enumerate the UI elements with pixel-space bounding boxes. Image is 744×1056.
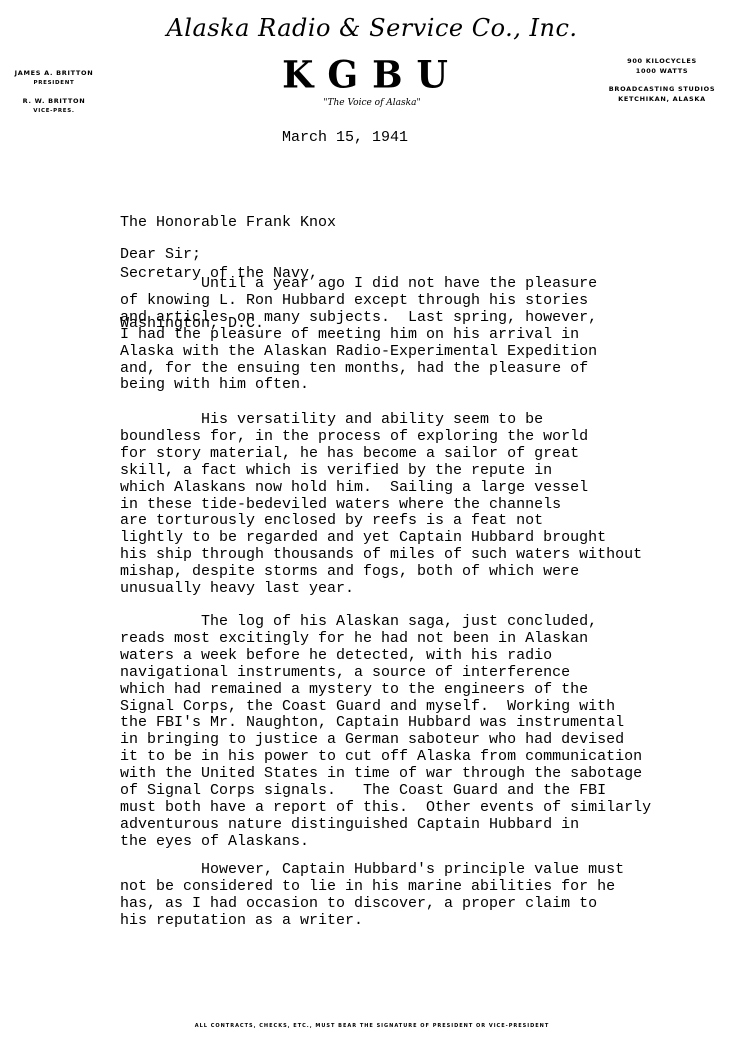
paragraph-line: and articles on many subjects. Last spri… (120, 310, 597, 327)
paragraph-line: waters a week before he detected, with h… (120, 648, 651, 665)
paragraph-line: which Alaskans now hold him. Sailing a l… (120, 480, 642, 497)
paragraph-line: for story material, he has become a sail… (120, 446, 642, 463)
paragraph-line: His versatility and ability seem to be (120, 412, 642, 429)
paragraph-line: it to be in his power to cut off Alaska … (120, 749, 651, 766)
paragraph-line: and, for the ensuing ten months, had the… (120, 361, 597, 378)
paragraph-line: skill, a fact which is verified by the r… (120, 463, 642, 480)
paragraph: However, Captain Hubbard's principle val… (120, 862, 624, 930)
paragraph-line: unusually heavy last year. (120, 581, 642, 598)
paragraph-line: I had the pleasure of meeting him on his… (120, 327, 597, 344)
station-location: KETCHIKAN, ALASKA (586, 94, 738, 104)
paragraph-line: of knowing L. Ron Hubbard except through… (120, 293, 597, 310)
company-name: Alaska Radio & Service Co., Inc. (0, 14, 744, 42)
paragraph-line: not be considered to lie in his marine a… (120, 879, 624, 896)
paragraph-line: boundless for, in the process of explori… (120, 429, 642, 446)
paragraph-line: The log of his Alaskan saga, just conclu… (120, 614, 651, 631)
paragraph-line: mishap, despite storms and fogs, both of… (120, 564, 642, 581)
studios-label: BROADCASTING STUDIOS (586, 84, 738, 94)
paragraph-line: Alaska with the Alaskan Radio-Experiment… (120, 344, 597, 361)
station-info-block: 900 KILOCYCLES 1000 WATTS BROADCASTING S… (586, 56, 738, 104)
paragraph-line: reads most excitingly for he had not bee… (120, 631, 651, 648)
footer-notice: ALL CONTRACTS, CHECKS, ETC., MUST BEAR T… (0, 1023, 744, 1029)
paragraph-line: being with him often. (120, 377, 597, 394)
paragraph-line: with the United States in time of war th… (120, 766, 651, 783)
paragraph-line: navigational instruments, a source of in… (120, 665, 651, 682)
paragraph-line: Signal Corps, the Coast Guard and myself… (120, 699, 651, 716)
paragraph-line: in these tide-bedeviled waters where the… (120, 497, 642, 514)
salutation: Dear Sir; (120, 247, 201, 264)
paragraph: Until a year ago I did not have the plea… (120, 276, 597, 394)
recipient-line: The Honorable Frank Knox (120, 215, 336, 232)
letter-date: March 15, 1941 (282, 130, 408, 147)
paragraph-line: his ship through thousands of miles of s… (120, 547, 642, 564)
officer-name: JAMES A. BRITTON (4, 68, 104, 78)
officers-block: JAMES A. BRITTON PRESIDENT R. W. BRITTON… (4, 68, 104, 116)
paragraph-line: must both have a report of this. Other e… (120, 800, 651, 817)
paragraph-line: the eyes of Alaskans. (120, 834, 651, 851)
paragraph: The log of his Alaskan saga, just conclu… (120, 614, 651, 851)
officer-title: PRESIDENT (4, 78, 104, 88)
officer-name: R. W. BRITTON (4, 96, 104, 106)
paragraph: His versatility and ability seem to bebo… (120, 412, 642, 598)
paragraph-line: in bringing to justice a German saboteur… (120, 732, 651, 749)
paragraph-line: which had remained a mystery to the engi… (120, 682, 651, 699)
paragraph-line: his reputation as a writer. (120, 913, 624, 930)
paragraph-line: adventurous nature distinguished Captain… (120, 817, 651, 834)
station-frequency: 900 KILOCYCLES (586, 56, 738, 66)
officer-title: VICE-PRES. (4, 106, 104, 116)
paragraph-line: Until a year ago I did not have the plea… (120, 276, 597, 293)
paragraph-line: has, as I had occasion to discover, a pr… (120, 896, 624, 913)
paragraph-line: are torturously enclosed by reefs is a f… (120, 513, 642, 530)
paragraph-line: lightly to be regarded and yet Captain H… (120, 530, 642, 547)
station-power: 1000 WATTS (586, 66, 738, 76)
paragraph-line: of Signal Corps signals. The Coast Guard… (120, 783, 651, 800)
paragraph-line: However, Captain Hubbard's principle val… (120, 862, 624, 879)
paragraph-line: the FBI's Mr. Naughton, Captain Hubbard … (120, 715, 651, 732)
